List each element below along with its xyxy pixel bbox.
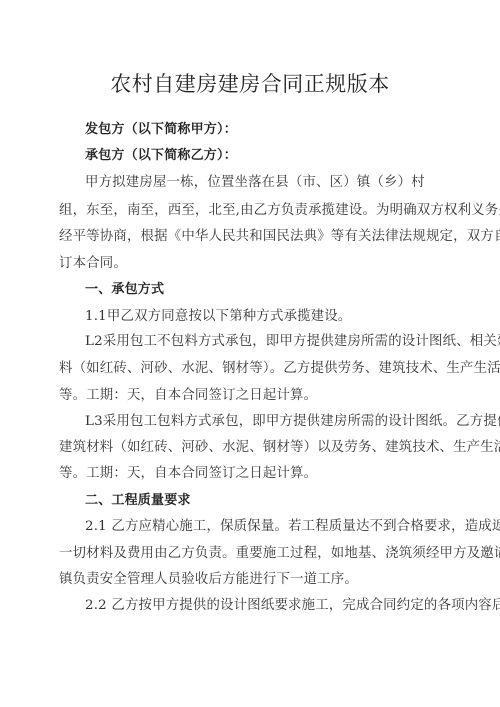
document-title: 农村自建房建房合同正规版本 <box>0 68 500 98</box>
intro-line: 订本合同。 <box>59 255 449 273</box>
intro-line: 甲方拟建房屋一栋，位置坐落在县（市、区）镇（乡）村 <box>85 174 475 192</box>
section-2-heading: 二、工程质量要求 <box>85 492 475 510</box>
clause-1-3-line: L3采用包工包料方式承包，即甲方提供建房所需的设计图纸。乙方提供相关 <box>85 413 475 431</box>
clause-2-1-line: 镇负责安全管理人员验收后方能进行下一道工序。 <box>59 571 449 589</box>
clause-2-1-line: 一切材料及费用由乙方负责。重要施工过程，如地基、浇筑须经甲方及邀请的乡 <box>59 545 449 563</box>
section-1-heading: 一、承包方式 <box>85 281 475 299</box>
clause-1-3-line: 建筑材料（如红砖、河砂、水泥、钢材等）以及劳务、建筑技术、生产生活用具 <box>59 439 449 457</box>
party-b-label: 承包方（以下简称乙方）： <box>85 147 475 165</box>
intro-line: 组，东至，南至，西至，北至,由乙方负责承揽建设。为明确双方权利义务关系， <box>59 202 449 220</box>
clause-1-2-line: 料（如红砖、河砂、水泥、钢材等）。乙方提供劳务、建筑技术、生产生活用具 <box>59 360 449 378</box>
intro-line: 经平等协商，根据《中华人民共和国民法典》等有关法律法规规定，双方自愿签 <box>59 228 449 246</box>
clause-1-2-line: L2采用包工不包料方式承包，即甲方提供建房所需的设计图纸、相关建筑材 <box>85 333 475 351</box>
clause-1-1: 1.1甲乙双方同意按以下第种方式承揽建设。 <box>85 308 475 326</box>
clause-1-2-line: 等。工期：天，自本合同签订之日起计算。 <box>59 387 449 405</box>
party-a-label: 发包方（以下简称甲方）： <box>85 121 475 139</box>
clause-2-1-line: 2.1 乙方应精心施工，保质保量。若工程质量达不到合格要求，造成返工， <box>85 518 475 536</box>
document-page: 农村自建房建房合同正规版本 发包方（以下简称甲方）： 承包方（以下简称乙方）： … <box>0 0 500 707</box>
clause-1-3-line: 等。工期：天，自本合同签订之日起计算。 <box>59 465 449 483</box>
clause-2-2-line: 2.2 乙方按甲方提供的设计图纸要求施工，完成合同约定的各项内容后， <box>85 597 475 615</box>
